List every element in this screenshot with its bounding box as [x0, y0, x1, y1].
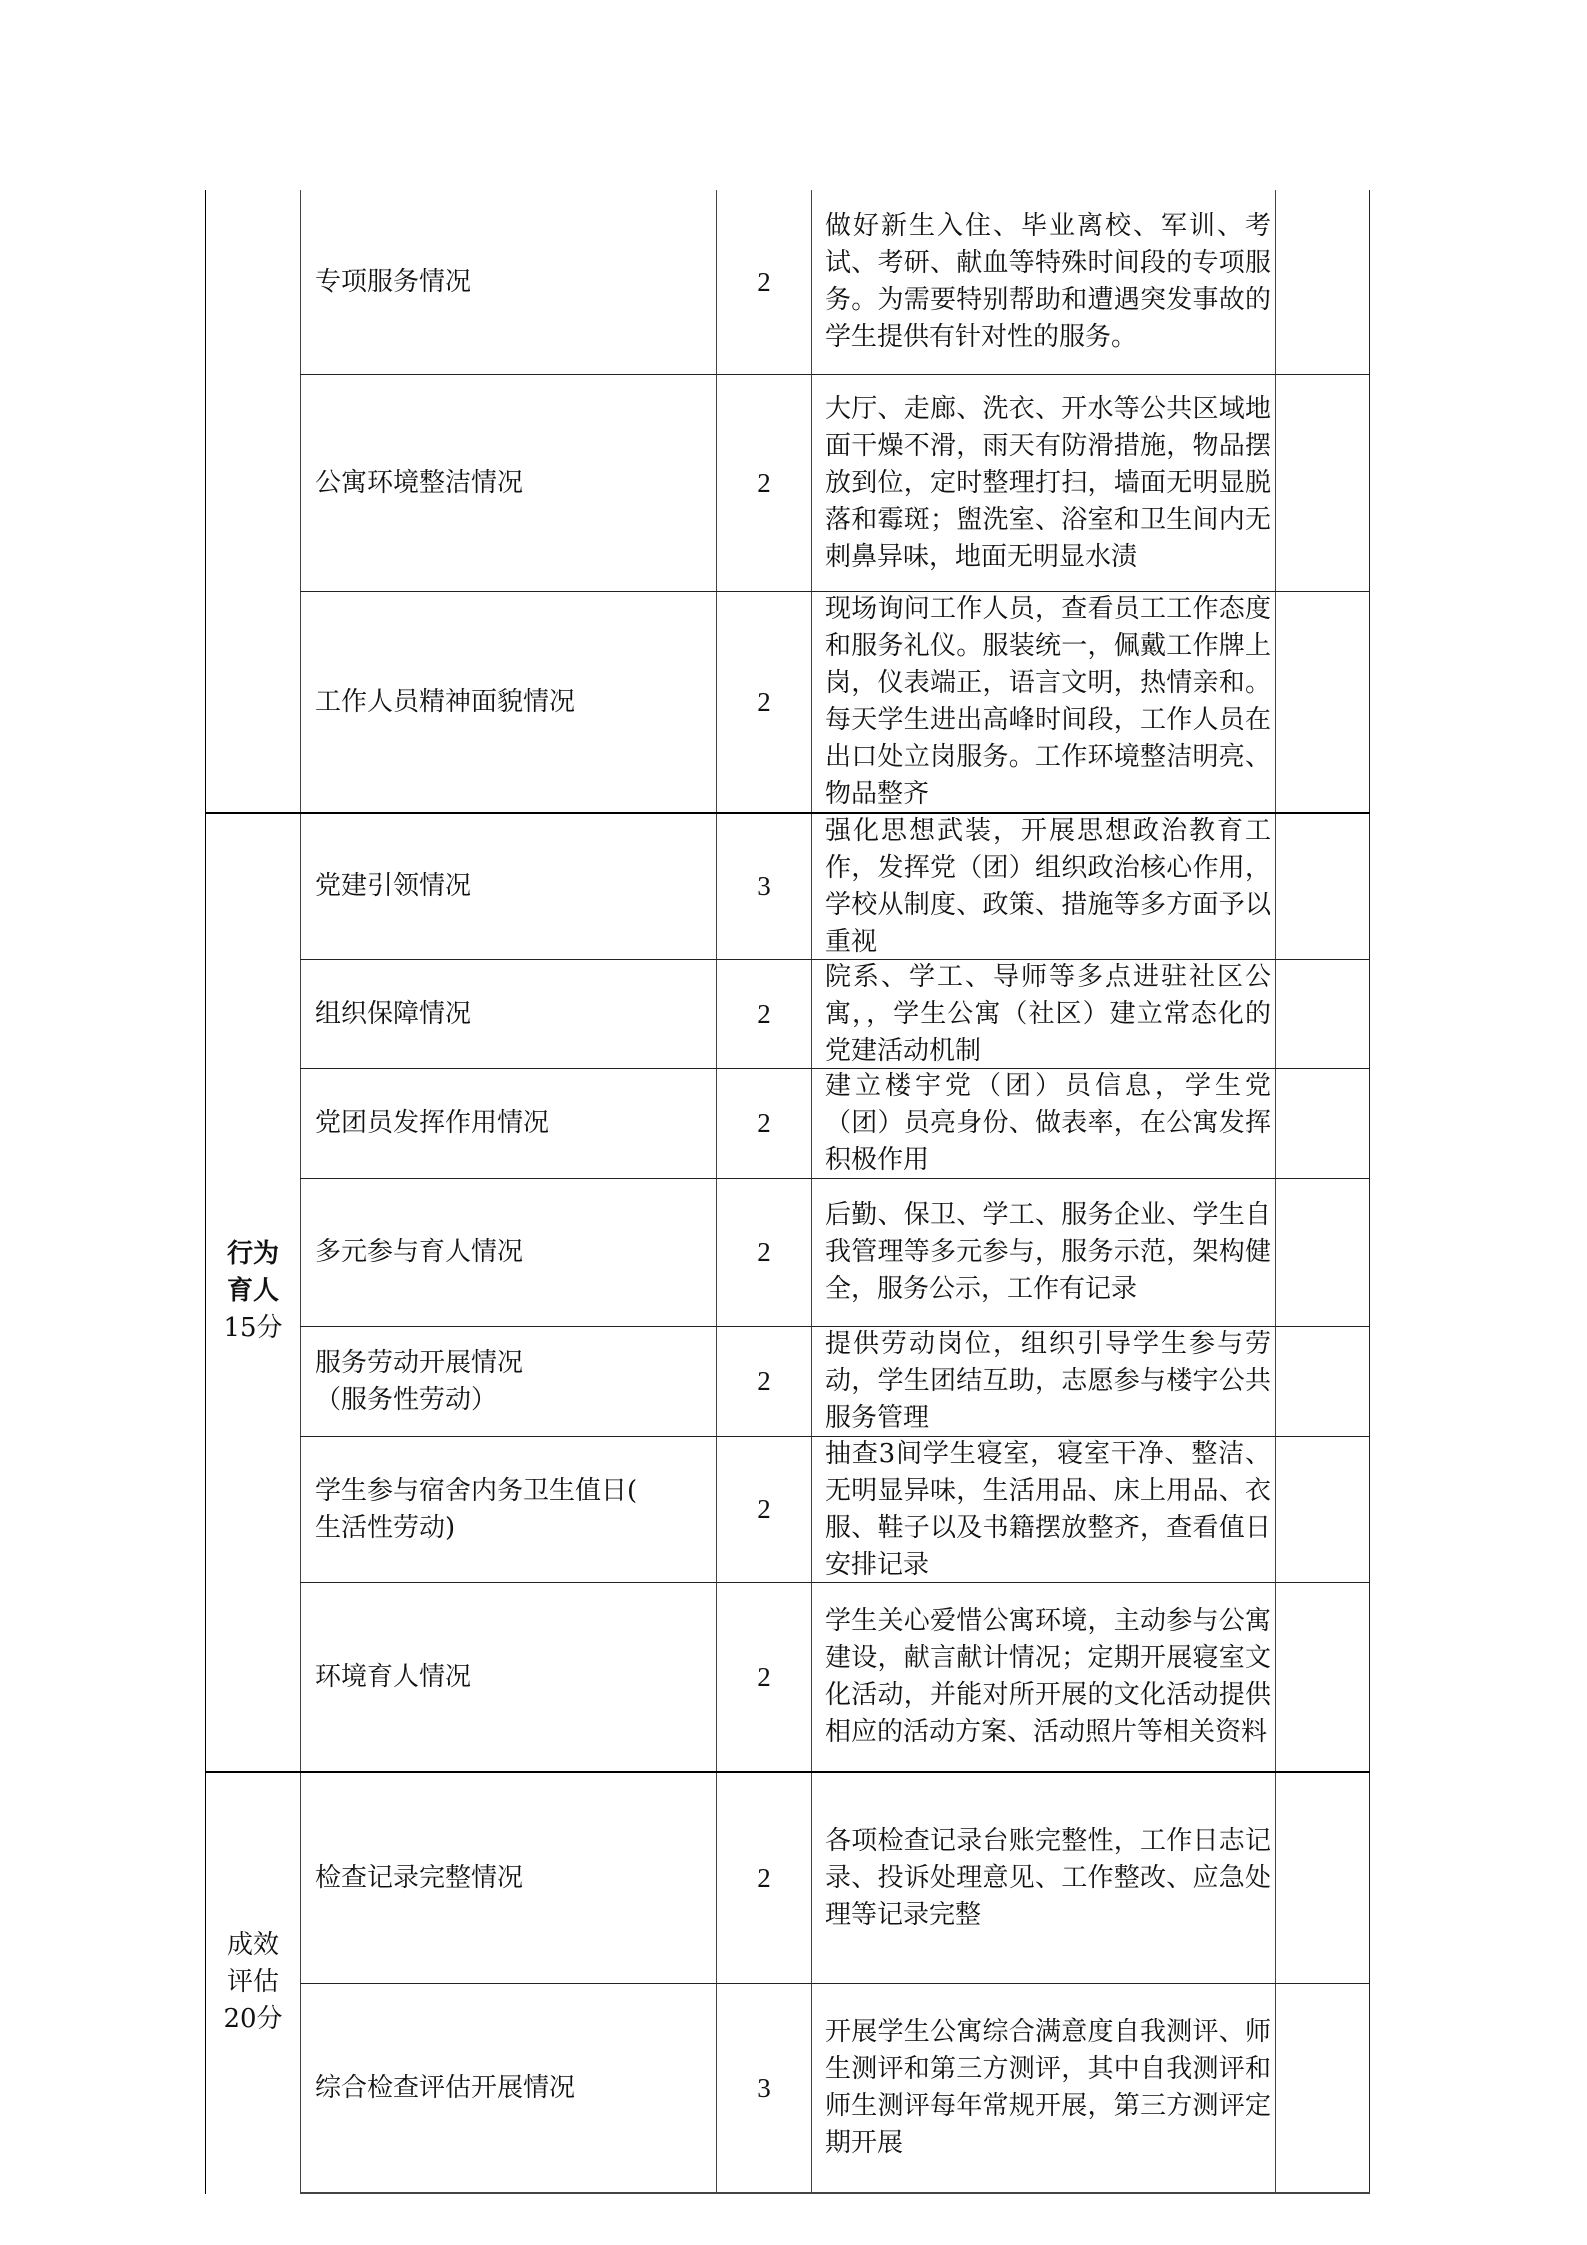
item-name-line: （服务性劳动）: [315, 1382, 523, 1419]
group-label-cell: [205, 190, 300, 812]
group-divider: [205, 812, 1370, 814]
item-score: 2: [716, 1179, 811, 1326]
item-name: 专项服务情况: [300, 190, 716, 374]
score-entry-cell[interactable]: [1275, 1437, 1370, 1582]
item-criteria: 各项检查记录台账完整性，工作日志记录、投诉处理意见、工作整改、应急处理等记录完整: [811, 1773, 1275, 1983]
item-name: 学生参与宿舍内务卫生值日( 生活性劳动): [300, 1437, 716, 1582]
score-entry-cell[interactable]: [1275, 1583, 1370, 1771]
score-entry-cell[interactable]: [1275, 1773, 1370, 1983]
group-behavior-education: 行为育人 15分 党建引领情况 3 强化思想武装，开展思想政治教育工作，发挥党（…: [205, 812, 1370, 1771]
item-score: 2: [716, 592, 811, 812]
item-name: 服务劳动开展情况 （服务性劳动）: [300, 1327, 716, 1436]
item-criteria: 建立楼宇党（团）员信息，学生党（团）员亮身份、做表率，在公寓发挥积极作用: [811, 1069, 1275, 1178]
criteria-text: 大厅、走廊、洗衣、开水等公共区域地面干燥不滑，雨天有防滑措施，物品摆放到位，定时…: [825, 391, 1271, 576]
item-criteria: 现场询问工作人员，查看员工工作态度和服务礼仪。服装统一，佩戴工作牌上岗，仪表端正…: [811, 592, 1275, 812]
item-name-line: 生活性劳动): [315, 1510, 637, 1547]
item-criteria: 后勤、保卫、学工、服务企业、学生自我管理等多元参与，服务示范，架构健全，服务公示…: [811, 1179, 1275, 1326]
item-score: 2: [716, 375, 811, 591]
criteria-text: 提供劳动岗位，组织引导学生参与劳动，学生团结互助，志愿参与楼宇公共服务管理: [825, 1326, 1271, 1437]
item-criteria: 抽查3间学生寝室，寝室干净、整洁、无明显异味，生活用品、床上用品、衣服、鞋子以及…: [811, 1437, 1275, 1582]
item-name: 党建引领情况: [300, 814, 716, 959]
item-criteria: 做好新生入住、毕业离校、军训、考试、考研、献血等特殊时间段的专项服务。为需要特别…: [811, 190, 1275, 374]
score-entry-cell[interactable]: [1275, 814, 1370, 959]
group-name: 行为育人: [223, 1236, 283, 1310]
score-entry-cell[interactable]: [1275, 375, 1370, 591]
criteria-text: 院系、学工、导师等多点进驻社区公寓，，学生公寓（社区）建立常态化的党建活动机制: [825, 959, 1271, 1070]
criteria-text: 建立楼宇党（团）员信息，学生党（团）员亮身份、做表率，在公寓发挥积极作用: [825, 1068, 1271, 1179]
group-continued: 专项服务情况 2 做好新生入住、毕业离校、军训、考试、考研、献血等特殊时间段的专…: [205, 190, 1370, 812]
score-entry-cell[interactable]: [1275, 1984, 1370, 2192]
criteria-text: 强化思想武装，开展思想政治教育工作，发挥党（团）组织政治核心作用，学校从制度、政…: [825, 813, 1271, 961]
item-score: 2: [716, 1437, 811, 1582]
table-row: 工作人员精神面貌情况 2 现场询问工作人员，查看员工工作态度和服务礼仪。服装统一…: [300, 591, 1370, 812]
item-name: 综合检查评估开展情况: [300, 1984, 716, 2192]
evaluation-table: 专项服务情况 2 做好新生入住、毕业离校、军训、考试、考研、献血等特殊时间段的专…: [205, 190, 1370, 2194]
item-score: 2: [716, 190, 811, 374]
table-row: 党团员发挥作用情况 2 建立楼宇党（团）员信息，学生党（团）员亮身份、做表率，在…: [300, 1068, 1370, 1178]
item-score: 3: [716, 1984, 811, 2192]
criteria-text: 开展学生公寓综合满意度自我测评、师生测评和第三方测评，其中自我测评和师生测评每年…: [825, 2014, 1271, 2162]
item-name: 党团员发挥作用情况: [300, 1069, 716, 1178]
table-row: 多元参与育人情况 2 后勤、保卫、学工、服务企业、学生自我管理等多元参与，服务示…: [300, 1178, 1370, 1326]
table-row: 检查记录完整情况 2 各项检查记录台账完整性，工作日志记录、投诉处理意见、工作整…: [300, 1771, 1370, 1983]
group-name: 成效评估: [223, 1927, 283, 2001]
table-row: 党建引领情况 3 强化思想武装，开展思想政治教育工作，发挥党（团）组织政治核心作…: [300, 812, 1370, 959]
item-name-line: 学生参与宿舍内务卫生值日(: [315, 1473, 637, 1510]
group-label-cell: 成效评估 20分: [205, 1771, 300, 2194]
group-divider: [205, 1771, 1370, 1773]
item-name: 组织保障情况: [300, 960, 716, 1068]
table-row: 公寓环境整洁情况 2 大厅、走廊、洗衣、开水等公共区域地面干燥不滑，雨天有防滑措…: [300, 374, 1370, 591]
table-row: 学生参与宿舍内务卫生值日( 生活性劳动) 2 抽查3间学生寝室，寝室干净、整洁、…: [300, 1436, 1370, 1582]
item-criteria: 学生关心爱惜公寓环境，主动参与公寓建设，献言献计情况；定期开展寝室文化活动，并能…: [811, 1583, 1275, 1771]
item-score: 3: [716, 814, 811, 959]
item-score: 2: [716, 1583, 811, 1771]
group-label-cell: 行为育人 15分: [205, 812, 300, 1771]
table-row: 环境育人情况 2 学生关心爱惜公寓环境，主动参与公寓建设，献言献计情况；定期开展…: [300, 1582, 1370, 1771]
item-name: 多元参与育人情况: [300, 1179, 716, 1326]
item-name: 公寓环境整洁情况: [300, 375, 716, 591]
item-criteria: 强化思想武装，开展思想政治教育工作，发挥党（团）组织政治核心作用，学校从制度、政…: [811, 814, 1275, 959]
table-row: 服务劳动开展情况 （服务性劳动） 2 提供劳动岗位，组织引导学生参与劳动，学生团…: [300, 1326, 1370, 1436]
item-score: 2: [716, 960, 811, 1068]
criteria-text: 抽查3间学生寝室，寝室干净、整洁、无明显异味，生活用品、床上用品、衣服、鞋子以及…: [825, 1436, 1271, 1584]
score-entry-cell[interactable]: [1275, 960, 1370, 1068]
item-name: 工作人员精神面貌情况: [300, 592, 716, 812]
criteria-text: 各项检查记录台账完整性，工作日志记录、投诉处理意见、工作整改、应急处理等记录完整: [825, 1823, 1271, 1934]
score-entry-cell[interactable]: [1275, 1327, 1370, 1436]
criteria-text: 学生关心爱惜公寓环境，主动参与公寓建设，献言献计情况；定期开展寝室文化活动，并能…: [825, 1603, 1271, 1751]
item-name: 环境育人情况: [300, 1583, 716, 1771]
criteria-text: 现场询问工作人员，查看员工工作态度和服务礼仪。服装统一，佩戴工作牌上岗，仪表端正…: [825, 591, 1271, 813]
score-entry-cell[interactable]: [1275, 190, 1370, 374]
item-criteria: 开展学生公寓综合满意度自我测评、师生测评和第三方测评，其中自我测评和师生测评每年…: [811, 1984, 1275, 2192]
item-score: 2: [716, 1773, 811, 1983]
group-score: 20分: [223, 2001, 282, 2038]
score-entry-cell[interactable]: [1275, 592, 1370, 812]
table-row: 组织保障情况 2 院系、学工、导师等多点进驻社区公寓，，学生公寓（社区）建立常态…: [300, 959, 1370, 1068]
item-name-line: 服务劳动开展情况: [315, 1345, 523, 1382]
score-entry-cell[interactable]: [1275, 1069, 1370, 1178]
table-row: 专项服务情况 2 做好新生入住、毕业离校、军训、考试、考研、献血等特殊时间段的专…: [300, 190, 1370, 374]
criteria-text: 做好新生入住、毕业离校、军训、考试、考研、献血等特殊时间段的专项服务。为需要特别…: [825, 208, 1271, 356]
table-row: 综合检查评估开展情况 3 开展学生公寓综合满意度自我测评、师生测评和第三方测评，…: [300, 1983, 1370, 2194]
item-criteria: 提供劳动岗位，组织引导学生参与劳动，学生团结互助，志愿参与楼宇公共服务管理: [811, 1327, 1275, 1436]
item-criteria: 院系、学工、导师等多点进驻社区公寓，，学生公寓（社区）建立常态化的党建活动机制: [811, 960, 1275, 1068]
score-entry-cell[interactable]: [1275, 1179, 1370, 1326]
item-score: 2: [716, 1069, 811, 1178]
criteria-text: 后勤、保卫、学工、服务企业、学生自我管理等多元参与，服务示范，架构健全，服务公示…: [825, 1197, 1271, 1308]
item-criteria: 大厅、走廊、洗衣、开水等公共区域地面干燥不滑，雨天有防滑措施，物品摆放到位，定时…: [811, 375, 1275, 591]
item-score: 2: [716, 1327, 811, 1436]
item-name: 检查记录完整情况: [300, 1773, 716, 1983]
group-score: 15分: [223, 1310, 282, 1347]
group-effectiveness-evaluation: 成效评估 20分 检查记录完整情况 2 各项检查记录台账完整性，工作日志记录、投…: [205, 1771, 1370, 2194]
